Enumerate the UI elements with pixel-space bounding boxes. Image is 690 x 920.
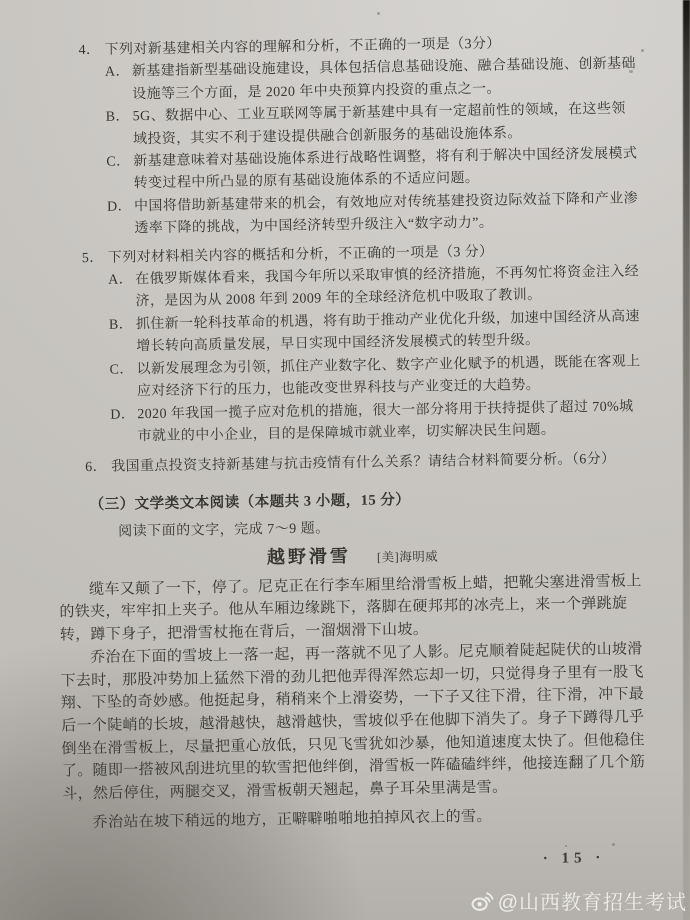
story-body: 缆车又颠了一下，停了。尼克正在行李车厢里给滑雪板上蜡，把靴尖塞进滑雪板上的铁夹，… — [59, 570, 651, 835]
photographed-exam-page: 4． 下列对新基建相关内容的理解和分析，不正确的一项是（3分） A． 新基建指新… — [0, 0, 690, 920]
question-number: 4． — [78, 40, 104, 63]
story-paragraph: 乔治在下面的雪坡上一落一起，再一落就不见了人影。尼克顺着陡起陡伏的山坡滑下去时，… — [60, 638, 650, 806]
question-5-option-d: D． 2020 年我国一揽子应对危机的措施，很大一部分将用于扶持提供了超过 70… — [110, 396, 645, 449]
option-text: 以新发展理念为引领，抓住产业数字化、数字产业化赋予的机遇，既能在客观上应对经济下… — [136, 351, 644, 404]
option-text: 新基建指新型基础设施建设，具体包括信息基础设施、融合基础设施、创新基础设施等三个… — [132, 54, 640, 107]
option-text: 5G、数据中心、工业互联网等属于新基建中具有一定超前性的领域，在这些领域投资，其… — [132, 99, 640, 152]
story-paragraph: 乔治站在坡下稍远的地方，正噼噼啪啪地拍掉风衣上的雪。 — [63, 803, 651, 835]
option-text: 抓住新一轮科技革命的机遇，将有助于推动产业优化升级，加速中国经济从高速增长转向高… — [136, 306, 644, 359]
option-label: B． — [109, 314, 137, 359]
question-number: 6． — [85, 457, 111, 480]
option-label: D． — [110, 404, 138, 449]
option-label: D． — [107, 196, 135, 241]
story-paragraph: 缆车又颠了一下，停了。尼克正在行李车厢里给滑雪板上蜡，把靴尖塞进滑雪板上的铁夹，… — [59, 570, 648, 647]
option-label: C． — [106, 151, 134, 196]
watermark-handle: @山西教育招生考试 — [498, 886, 687, 915]
page-number: · 15 · — [63, 850, 651, 876]
option-text: 在俄罗斯媒体看来，我国今年所以采取审慎的经济措施，不再匆忙将资金注入经济，是因为… — [135, 261, 643, 314]
story-author: [美]海明威 — [377, 543, 439, 570]
option-text: 中国将借助新基建带来的机会，有效地应对传统基建投资边际效益下降和产业渗透率下降的… — [134, 188, 642, 241]
question-6: 6． 我国重点投资支持新基建与抗击疫情有什么关系？请结合材料简要分析。（6分） — [57, 449, 645, 481]
option-text: 新基建意味着对基础设施体系进行战略性调整，将有利于解决中国经济发展模式转变过程中… — [133, 143, 641, 196]
question-number: 5． — [82, 247, 108, 270]
question-4-option-d: D． 中国将借助新基建带来的机会，有效地应对传统基建投资边际效益下降和产业渗透率… — [107, 188, 642, 241]
question-6-stem: 6． 我国重点投资支持新基建与抗击疫情有什么关系？请结合材料简要分析。（6分） — [85, 449, 645, 480]
section-heading: （三）文学类文本阅读（本题共 3 小题，15 分） — [90, 484, 646, 517]
question-stem-text: 我国重点投资支持新基建与抗击疫情有什么关系？请结合材料简要分析。（6分） — [111, 449, 645, 480]
option-text: 2020 年我国一揽子应对危机的措施，很大一部分将用于扶持提供了超过 70%城市… — [137, 396, 645, 449]
exam-page-content: 4． 下列对新基建相关内容的理解和分析，不正确的一项是（3分） A． 新基建指新… — [0, 0, 690, 877]
story-title: 越野滑雪 — [267, 543, 351, 570]
option-label: A． — [105, 62, 133, 107]
option-label: B． — [105, 107, 133, 152]
weibo-icon — [470, 890, 494, 912]
weibo-watermark: @山西教育招生考试 — [470, 886, 687, 915]
question-5: 5． 下列对材料相关内容的概括和分析，不正确的一项是（3 分） A． 在俄罗斯媒… — [54, 239, 645, 450]
option-label: A． — [108, 269, 136, 314]
option-label: C． — [109, 359, 137, 404]
question-4: 4． 下列对新基建相关内容的理解和分析，不正确的一项是（3分） A． 新基建指新… — [50, 31, 641, 242]
